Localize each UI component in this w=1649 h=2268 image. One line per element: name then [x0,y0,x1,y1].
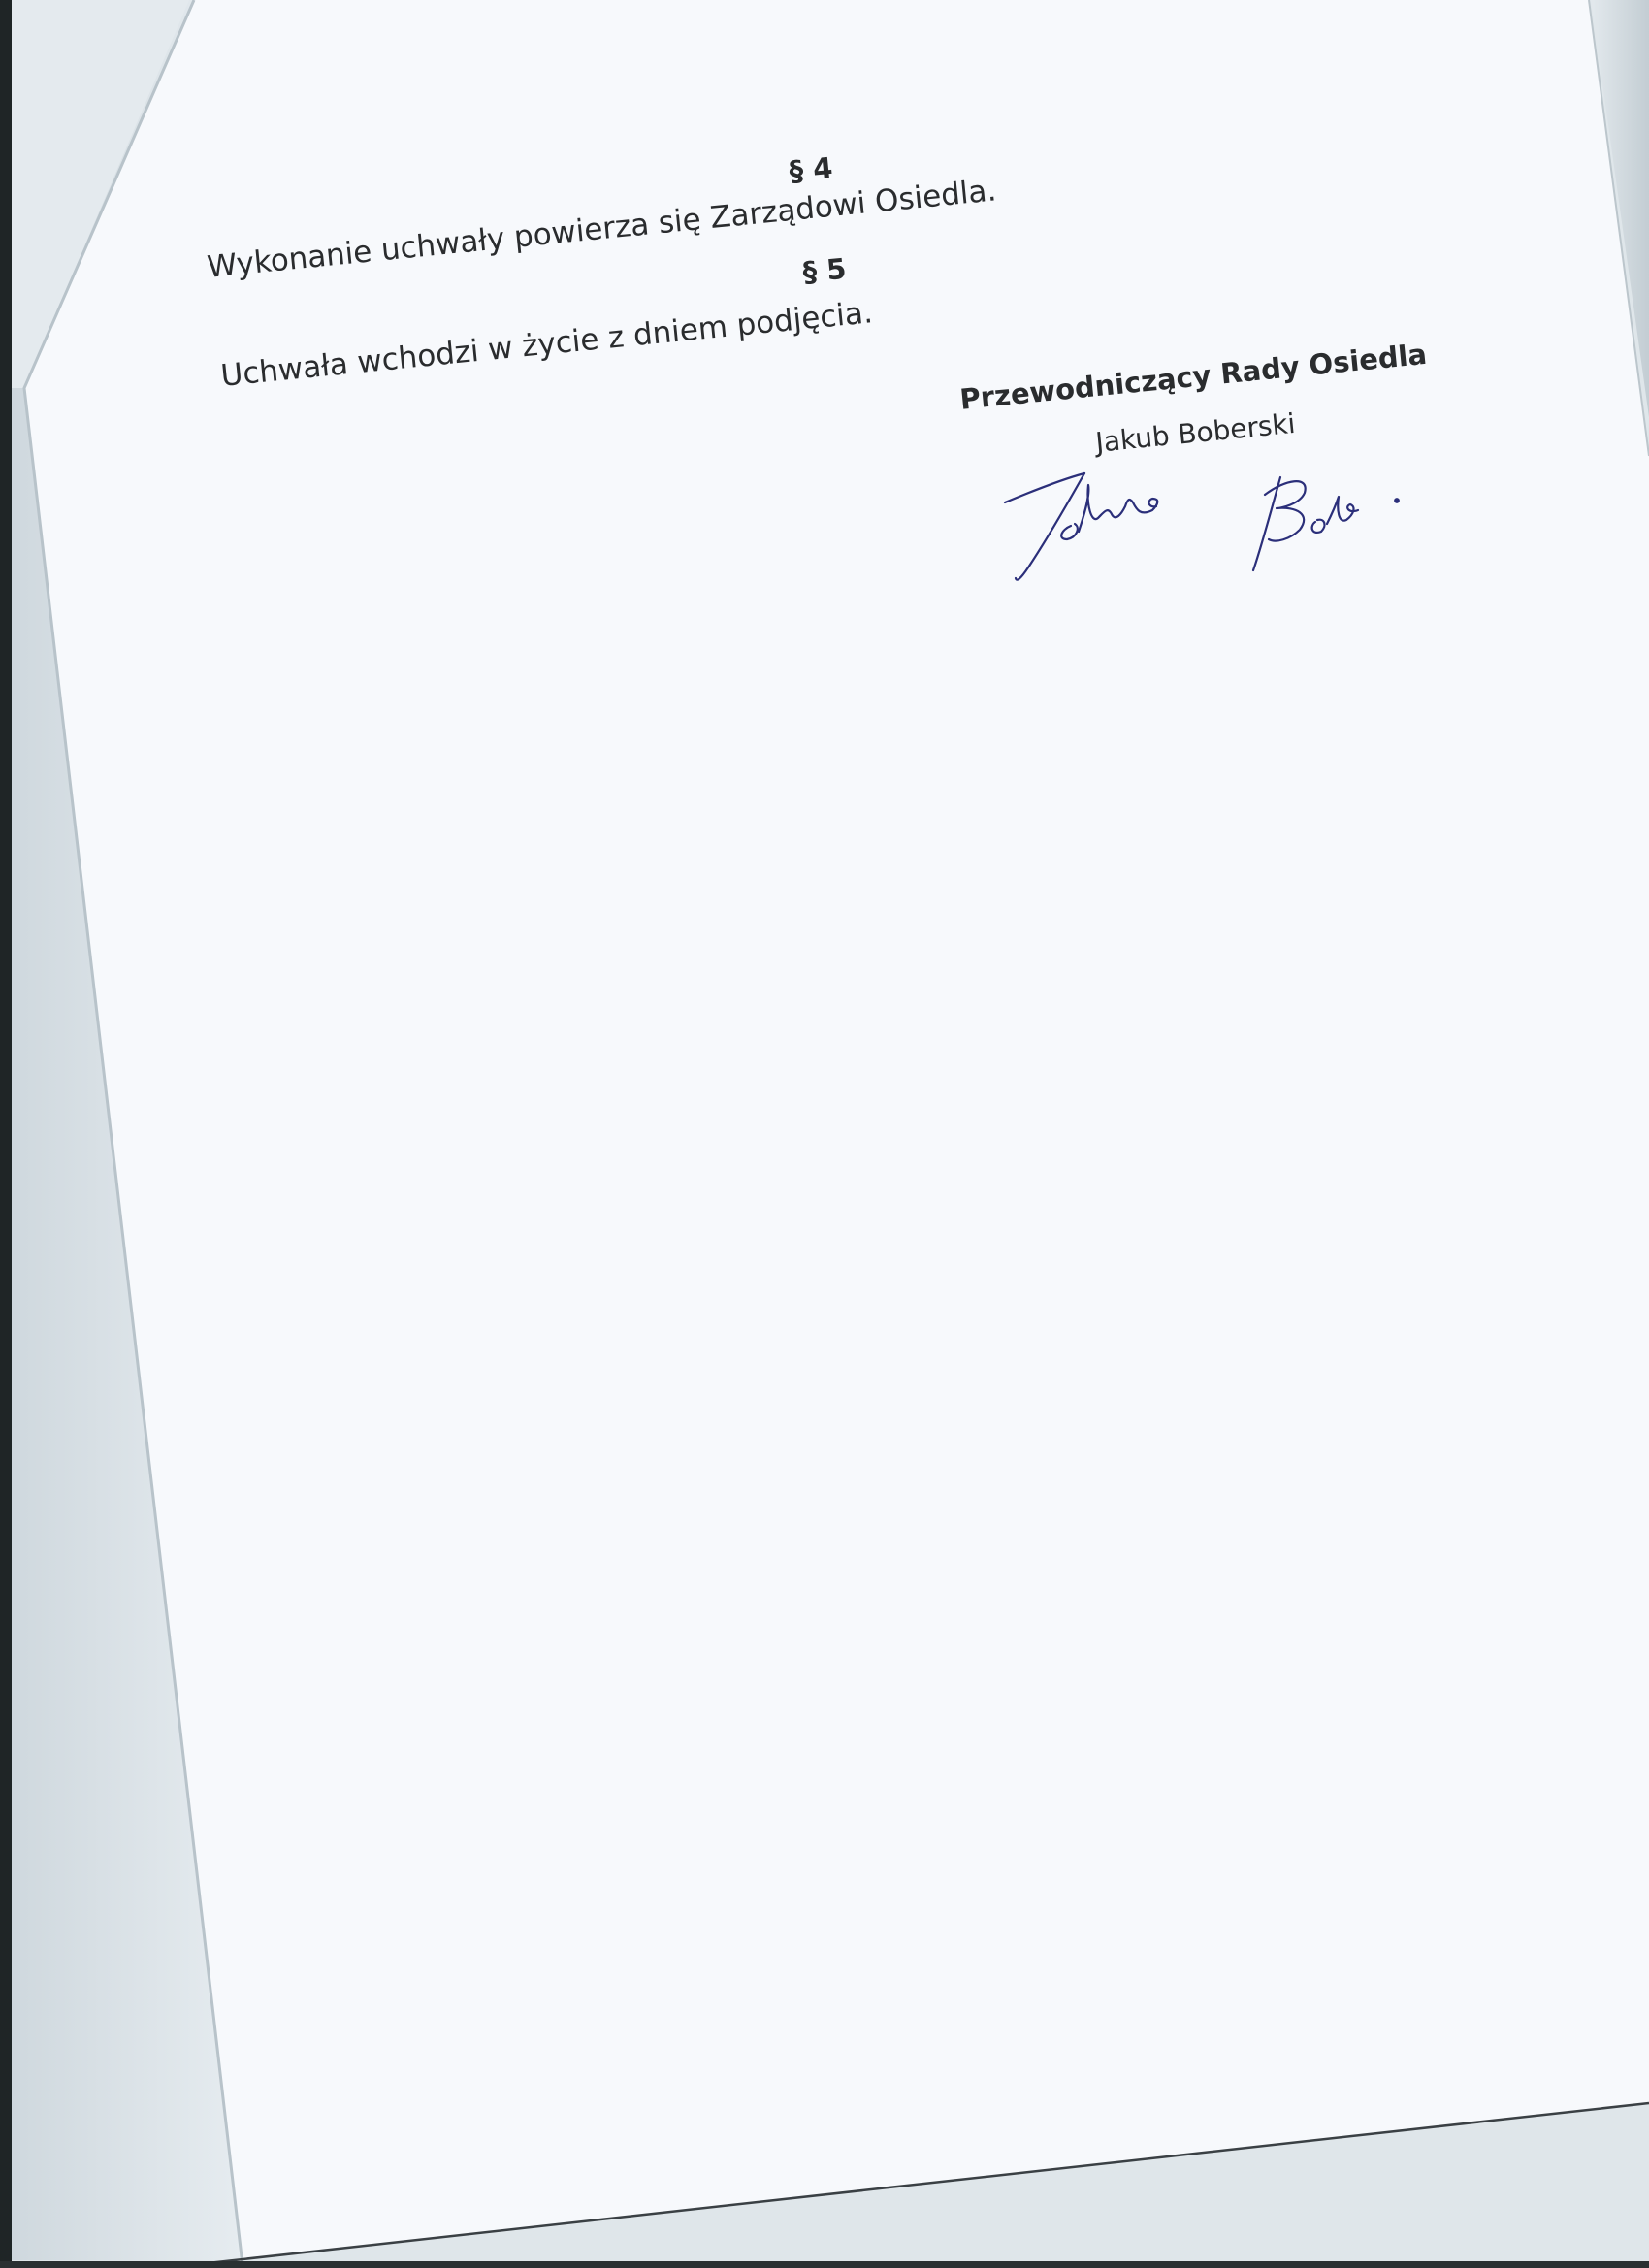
scanner-edge-bottom [0,2261,1649,2268]
handwritten-signature [0,0,1649,679]
